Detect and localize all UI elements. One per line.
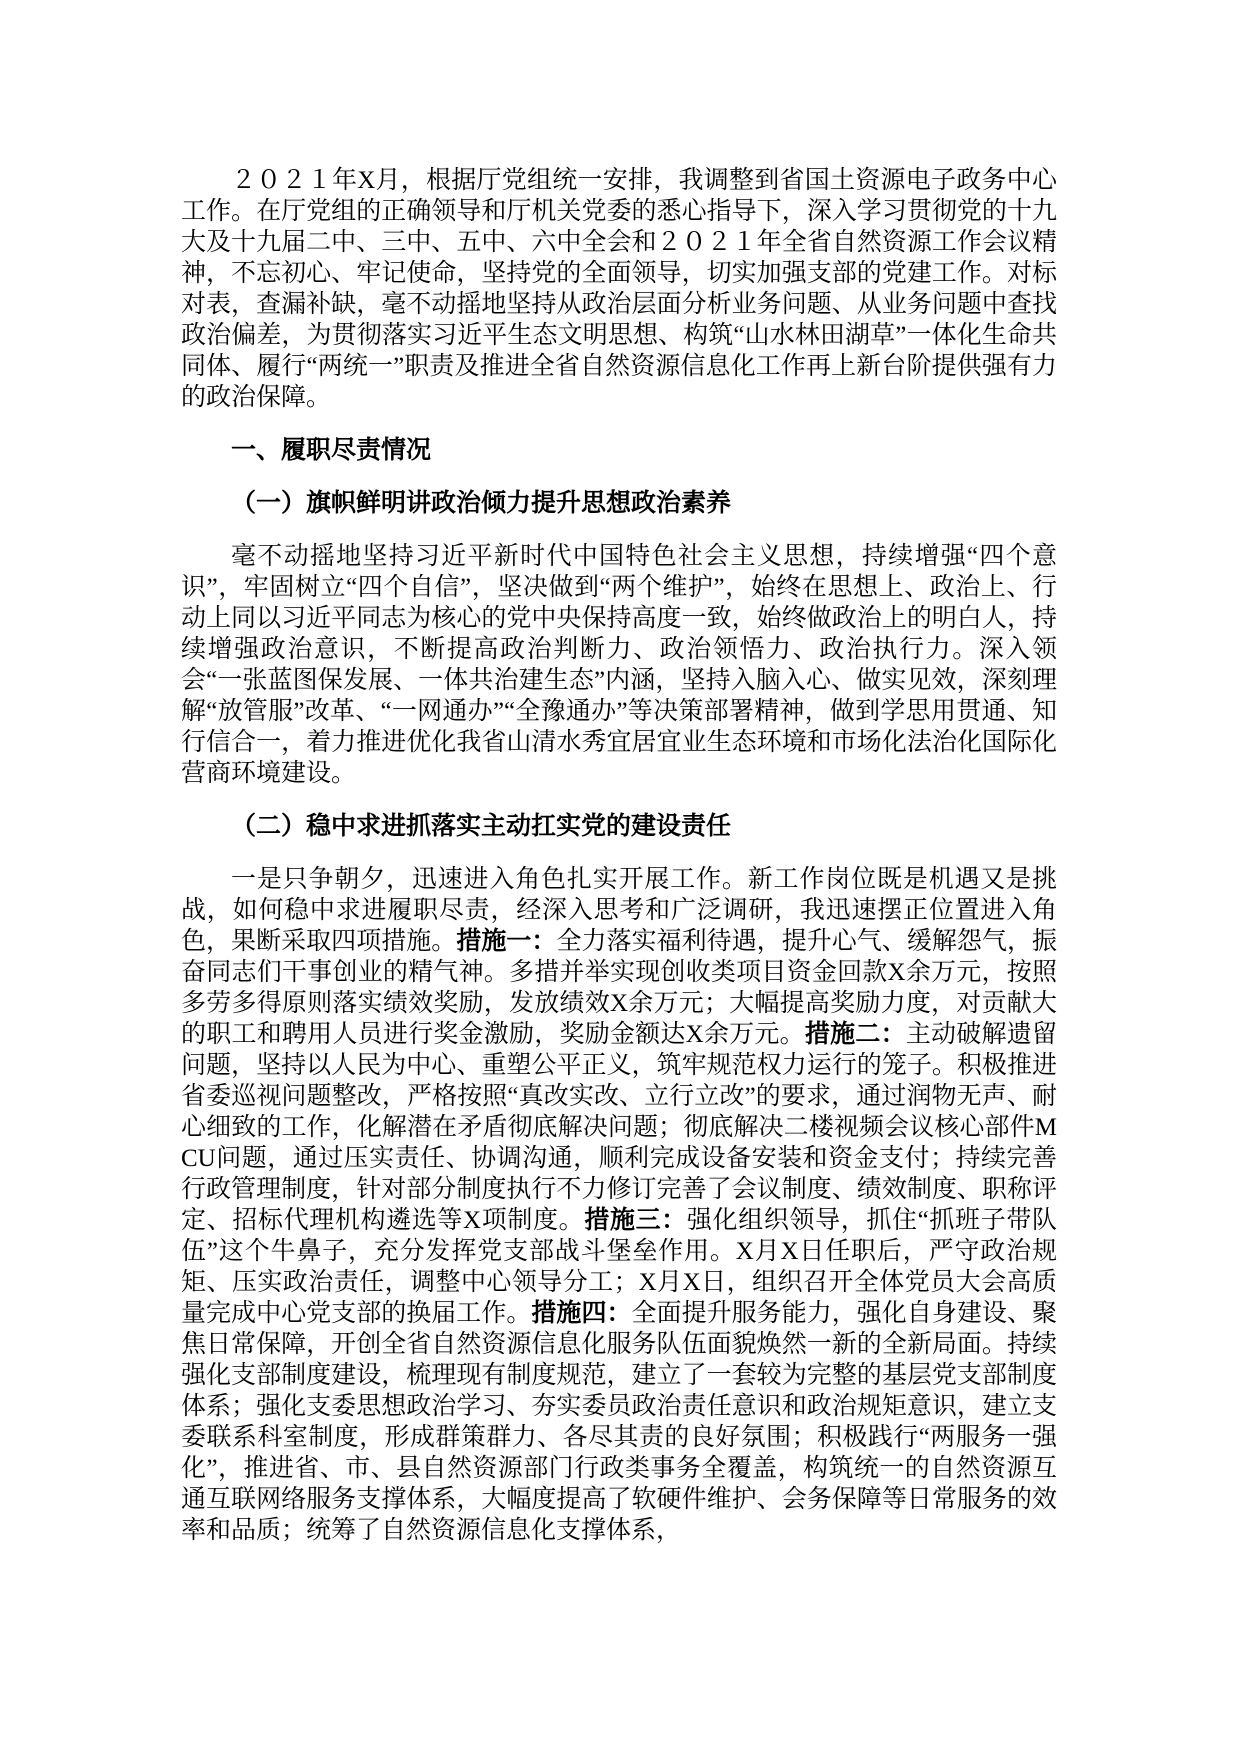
section-heading-level-1: 一、履职尽责情况 xyxy=(181,435,1057,466)
document-page: ２０２１年X月，根据厅党组统一安排，我调整到省国土资源电子政务中心工作。在厅党组… xyxy=(0,0,1240,1754)
text-run: 毫不动摇地坚持习近平新时代中国特色社会主义思想，持续增强“四个意识”，牢固树立“… xyxy=(181,543,1057,787)
bold-text-run: 措施三： xyxy=(584,1207,687,1234)
bold-text-run: 措施一： xyxy=(456,928,556,955)
text-run: ２０２１年X月，根据厅党组统一安排，我调整到省国土资源电子政务中心工作。在厅党组… xyxy=(181,167,1057,411)
bold-text-run: 措施二： xyxy=(805,1021,906,1048)
body-paragraph: ２０２１年X月，根据厅党组统一安排，我调整到省国土资源电子政务中心工作。在厅党组… xyxy=(181,165,1057,413)
bold-text-run: 一、履职尽责情况 xyxy=(231,437,431,464)
body-paragraph: 毫不动摇地坚持习近平新时代中国特色社会主义思想，持续增强“四个意识”，牢固树立“… xyxy=(181,541,1057,789)
bold-text-run: （二）稳中求进抓落实主动扛实党的建设责任 xyxy=(231,813,731,840)
text-run: 主动破解遗留问题，坚持以人民为中心、重塑公平正义，筑牢规范权力运行的笼子。积极推… xyxy=(181,1021,1057,1234)
body-paragraph: 一是只争朝夕，迅速进入角色扎实开展工作。新工作岗位既是机遇又是挑战，如何稳中求进… xyxy=(181,864,1057,1546)
bold-text-run: （一）旗帜鲜明讲政治倾力提升思想政治素养 xyxy=(231,490,731,517)
section-heading-level-2: （一）旗帜鲜明讲政治倾力提升思想政治素养 xyxy=(181,488,1057,519)
section-heading-level-2: （二）稳中求进抓落实主动扛实党的建设责任 xyxy=(181,811,1057,842)
text-run: 全面提升服务能力，强化自身建设、聚焦日常保障，开创全省自然资源信息化服务队伍面貌… xyxy=(181,1300,1057,1544)
document-body: ２０２１年X月，根据厅党组统一安排，我调整到省国土资源电子政务中心工作。在厅党组… xyxy=(181,165,1057,1546)
bold-text-run: 措施四： xyxy=(531,1300,631,1327)
